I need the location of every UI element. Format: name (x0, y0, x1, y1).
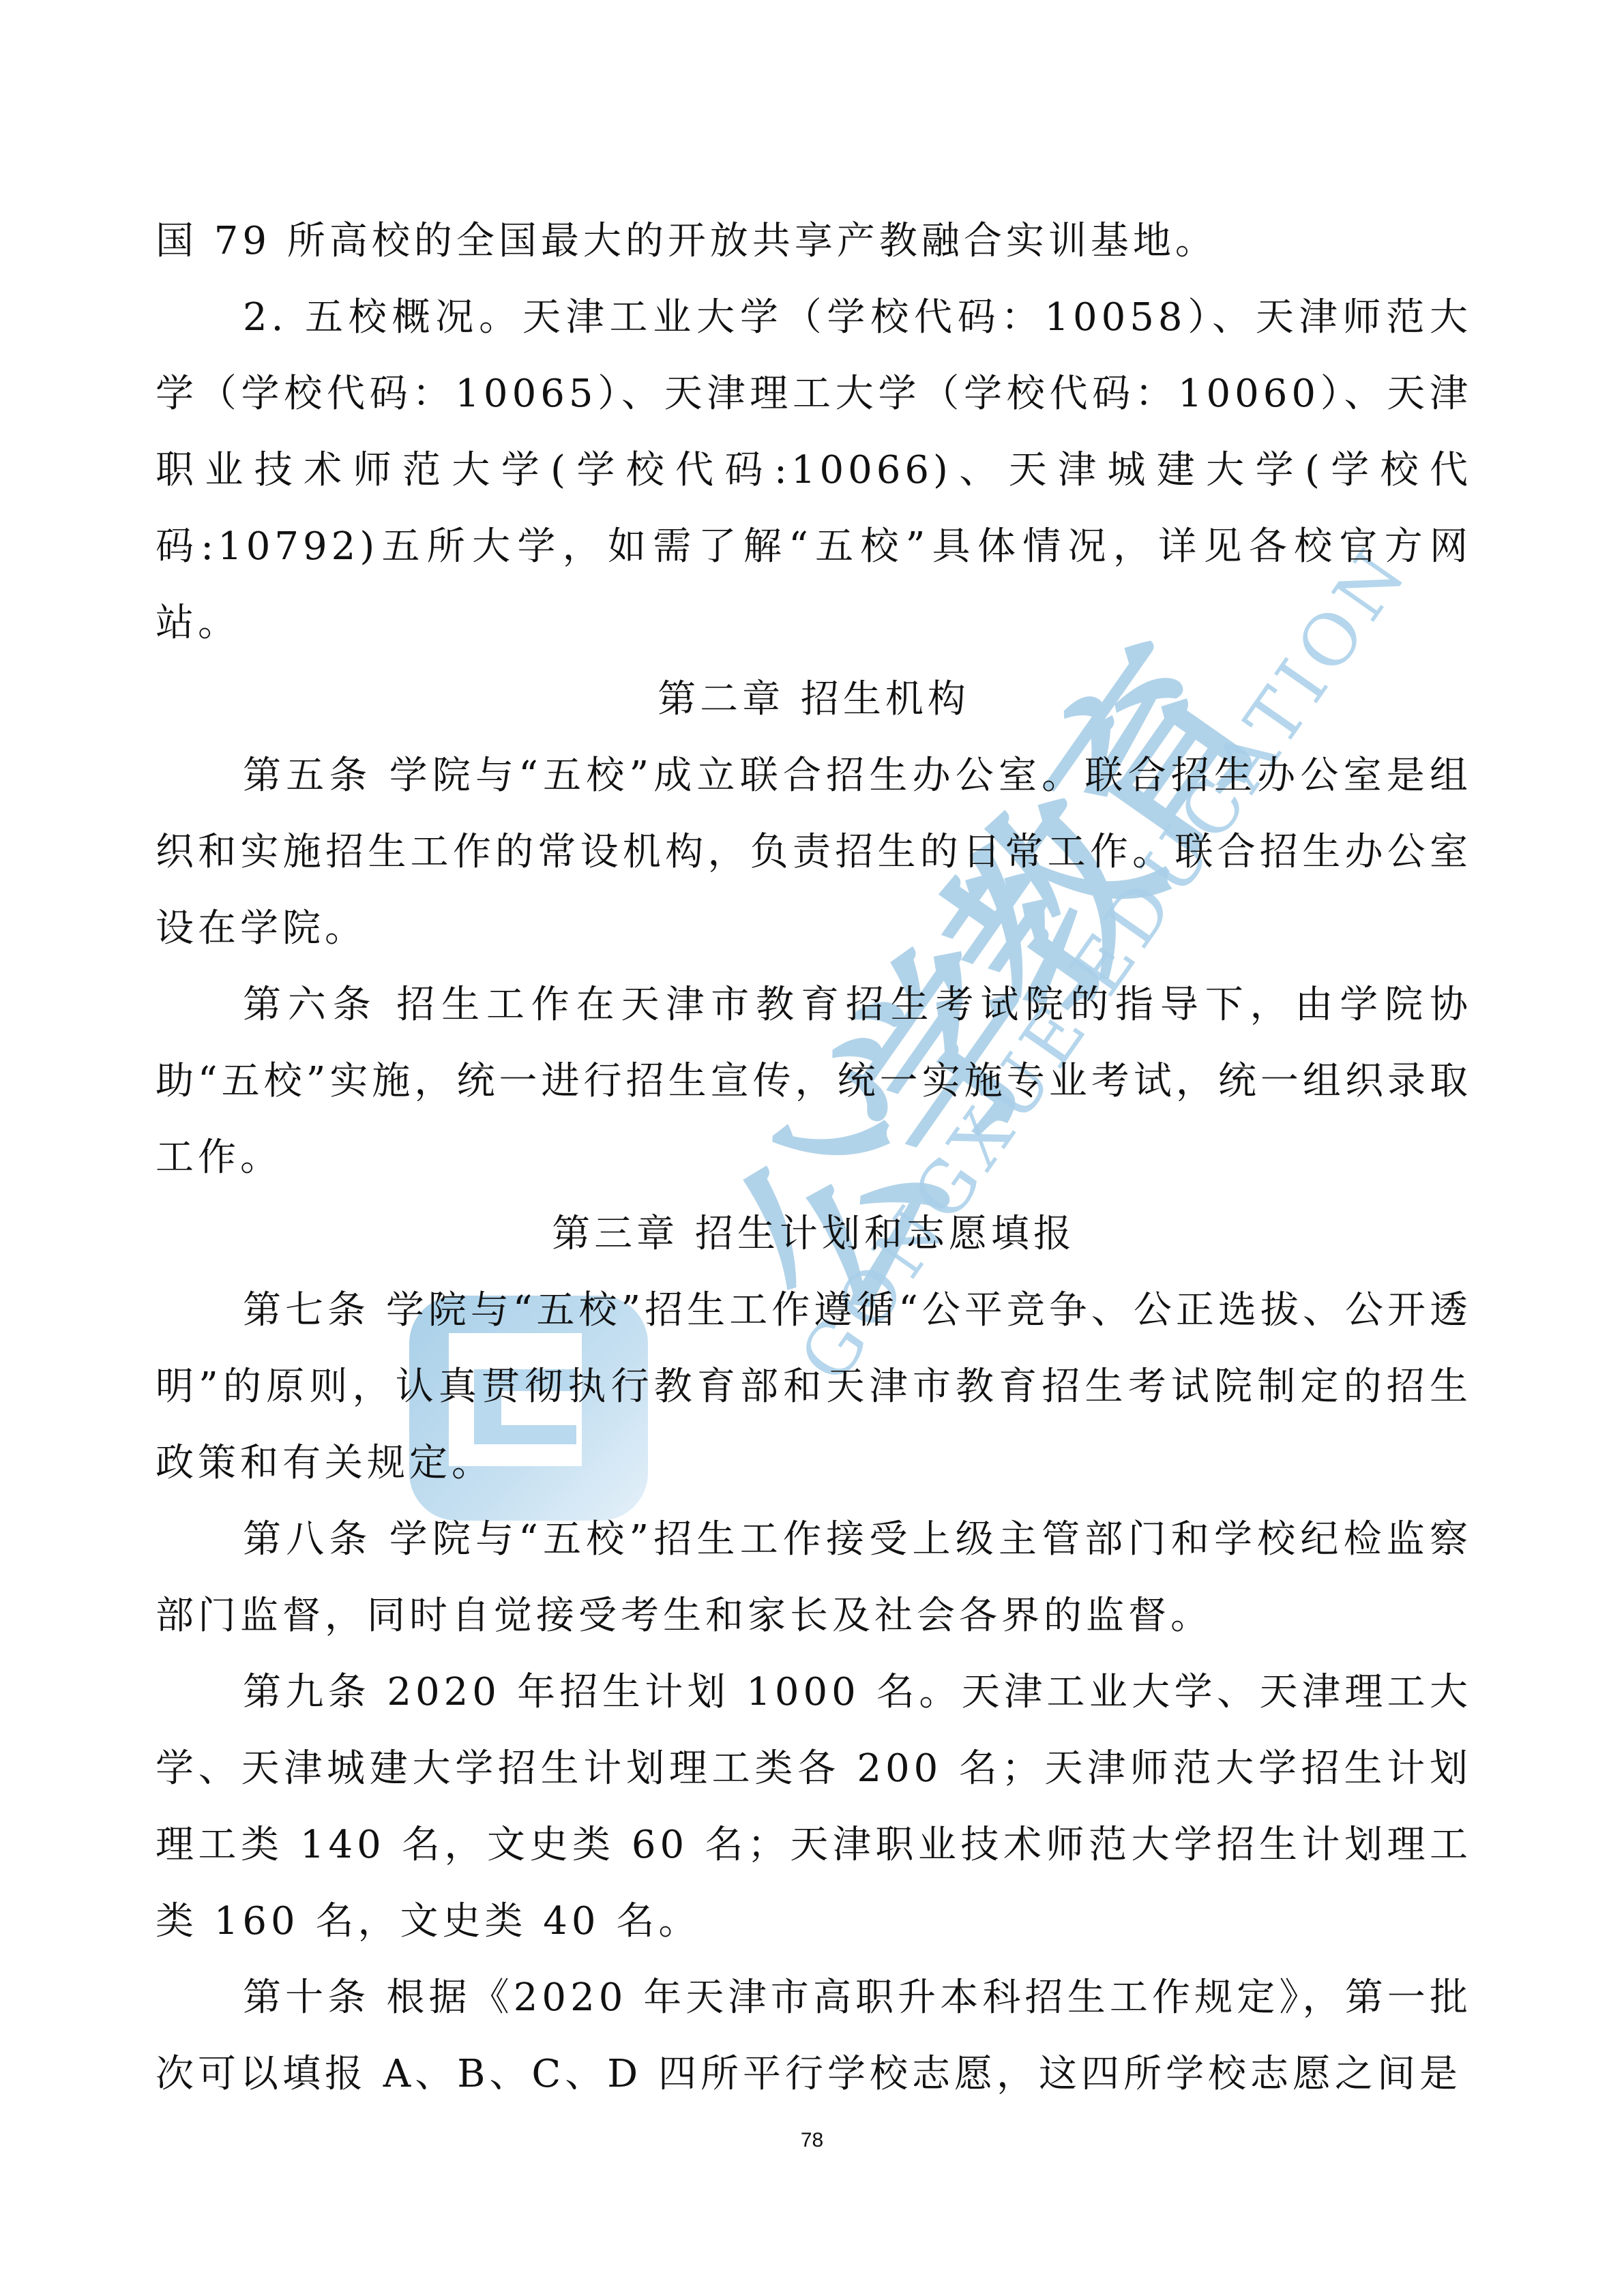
article-7: 第七条 学院与“五校”招生工作遵循“公平竞争、公正选拔、公开透明”的原则，认真贯… (156, 1272, 1472, 1502)
article-5: 第五条 学院与“五校”成立联合招生办公室。联合招生办公室是组织和实施招生工作的常… (156, 738, 1472, 967)
page-number: 78 (0, 2129, 1624, 2152)
article-9: 第九条 2020 年招生计划 1000 名。天津工业大学、天津理工大学、天津城建… (156, 1654, 1472, 1960)
document-page: 公学教育 GONGXUE EDUCATION 国 79 所高校的全国最大的开放共… (0, 0, 1624, 2296)
chapter-heading-2: 第二章 招生机构 (156, 661, 1472, 738)
article-10: 第十条 根据《2020 年天津市高职升本科招生工作规定》，第一批次可以填报 A、… (156, 1960, 1472, 2113)
paragraph-five-schools-overview: 2. 五校概况。天津工业大学（学校代码：10058）、天津师范大学（学校代码：1… (156, 280, 1472, 661)
article-8: 第八条 学院与“五校”招生工作接受上级主管部门和学校纪检监察部门监督，同时自觉接… (156, 1502, 1472, 1654)
document-body: 国 79 所高校的全国最大的开放共享产教融合实训基地。 2. 五校概况。天津工业… (156, 203, 1472, 2113)
chapter-heading-3: 第三章 招生计划和志愿填报 (156, 1196, 1472, 1272)
paragraph-continued-intro: 国 79 所高校的全国最大的开放共享产教融合实训基地。 (156, 203, 1472, 280)
article-6: 第六条 招生工作在天津市教育招生考试院的指导下，由学院协助“五校”实施，统一进行… (156, 967, 1472, 1196)
